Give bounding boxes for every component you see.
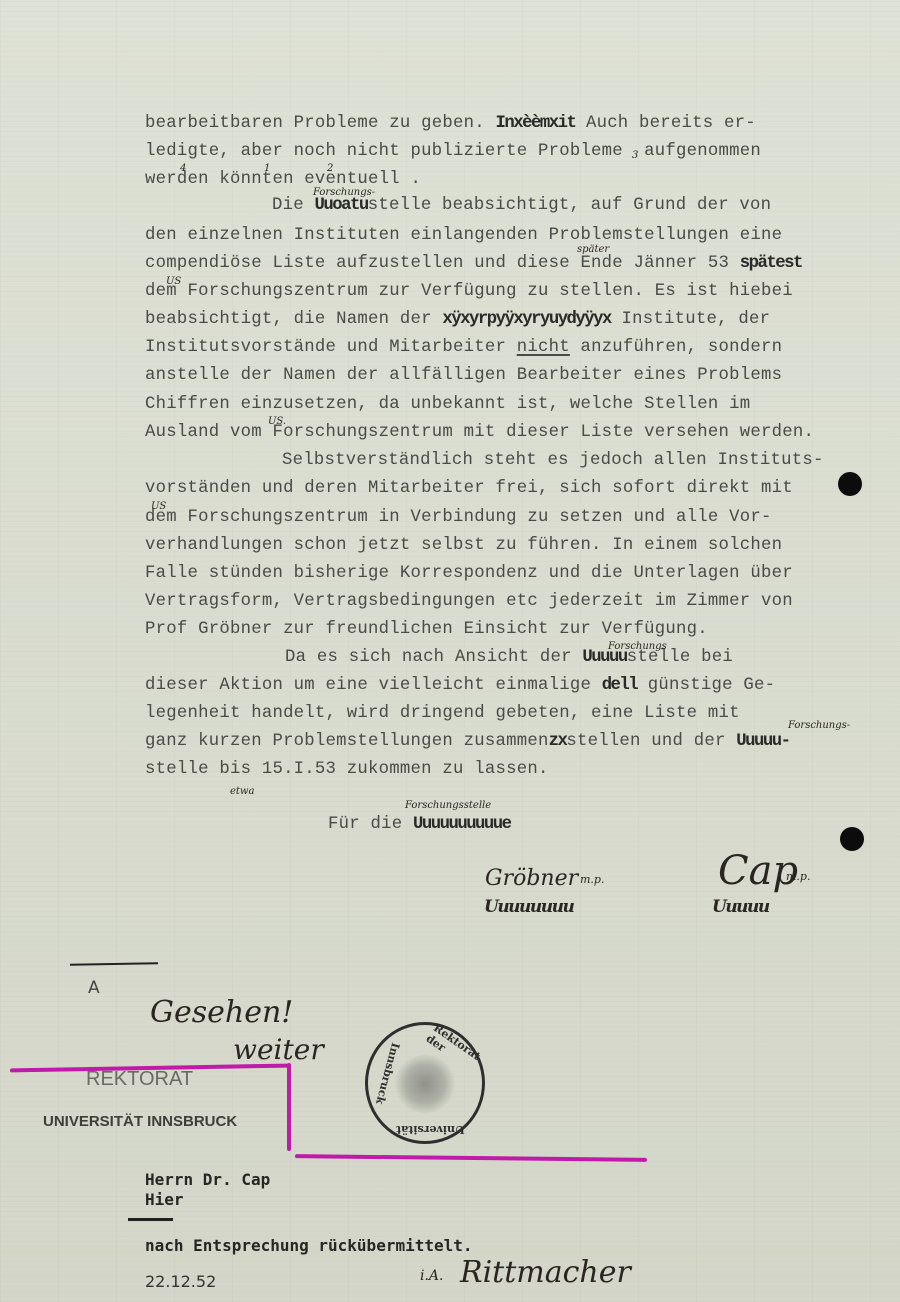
struck-word: dell: [602, 676, 637, 695]
seal-text-bottom: Universität: [396, 1123, 465, 1136]
punch-hole: [838, 472, 862, 496]
struck-word: zx: [549, 732, 567, 751]
handwritten-note: weiter: [233, 1033, 324, 1066]
body-line-12: Ausland vom Forschungszentrum mit dieser…: [145, 423, 814, 443]
forward-date: 22.12.52: [145, 1272, 216, 1291]
university-seal: Rektorat der Innsbruck Universität: [365, 1022, 485, 1144]
recipient: Herrn Dr. Cap: [145, 1170, 270, 1189]
annotation-us: US.: [268, 416, 286, 427]
struck-word: Inxèèmxit: [495, 114, 575, 133]
magenta-marker-line: [287, 1063, 291, 1151]
body-line-11: Chiffren einzusetzen, da unbekannt ist, …: [145, 395, 750, 415]
body-line-4: Die Uuoatustelle beabsichtigt, auf Grund…: [272, 196, 771, 216]
body-line-24: stelle bis 15.I.53 zukommen zu lassen.: [145, 760, 549, 780]
document-page: bearbeitbaren Probleme zu geben. Inxèèmx…: [0, 0, 900, 1302]
struck-word: Uuoatu: [314, 196, 367, 215]
body-line-14: vorständen und deren Mitarbeiter frei, s…: [145, 479, 793, 499]
body-line-21: dieser Aktion um eine vielleicht einmali…: [145, 676, 775, 696]
stamp-university: UNIVERSITÄT INNSBRUCK: [43, 1113, 237, 1130]
signature-mp: m.p.: [580, 873, 604, 886]
signature-mp: m.p.: [786, 870, 810, 883]
struck-word: Uuuuu-: [736, 732, 789, 751]
closing-line: Für die Uuuuuuuuuue: [328, 815, 511, 835]
body-line-15: dem Forschungszentrum in Verbindung zu s…: [145, 508, 772, 528]
body-line-8: beabsichtigt, die Namen der xÿxyrpyÿxyry…: [145, 310, 770, 330]
punch-hole: [840, 827, 864, 851]
annotation-number: 4: [180, 163, 186, 174]
body-line-5: den einzelnen Instituten einlangenden Pr…: [145, 226, 782, 246]
handwritten-note: Gesehen!: [150, 995, 293, 1030]
annotation-us: US: [166, 276, 181, 287]
body-line-6: compendiöse Liste aufzustellen und diese…: [145, 254, 802, 274]
body-line-1: bearbeitbaren Probleme zu geben. Inxèèmx…: [145, 114, 756, 134]
annotation-forschungsstelle: Forschungsstelle: [405, 800, 491, 811]
annotation-etwa: etwa: [230, 786, 254, 797]
struck-typed-name: Uuuuu: [712, 897, 769, 917]
body-line-3: werden könnten eventuell .: [145, 170, 421, 190]
body-line-23: ganz kurzen Problemstellungen zusammenzx…: [145, 732, 790, 752]
body-line-13: Selbstverständlich steht es jedoch allen…: [282, 451, 824, 471]
stamp-rektorat: REKTORAT: [86, 1068, 193, 1091]
signature-groebner: Gröbner: [485, 866, 578, 891]
marker-a: A: [88, 978, 100, 998]
annotation-forschungs: Forschungs-: [788, 720, 850, 731]
underlined-word: nicht: [517, 338, 570, 357]
struck-word: Uuuuuuuuuue: [413, 815, 511, 834]
divider: [128, 1218, 173, 1221]
body-line-16: verhandlungen schon jetzt selbst zu führ…: [145, 536, 782, 556]
annotation-number: 3: [632, 150, 638, 161]
annotation-us: US: [151, 501, 166, 512]
pencil-line: [70, 962, 158, 965]
signature-prefix: i.A.: [420, 1268, 444, 1284]
annotation-number: 1: [264, 163, 270, 174]
magenta-marker-line: [295, 1154, 647, 1162]
struck-typed-name: Uuuuuuuu: [484, 897, 573, 917]
recipient-location: Hier: [145, 1190, 184, 1209]
forward-note: nach Entsprechung rückübermittelt.: [145, 1236, 473, 1255]
body-line-2: ledigte, aber noch nicht publizierte Pro…: [145, 142, 761, 162]
body-line-22: legenheit handelt, wird dringend gebeten…: [145, 704, 740, 724]
body-line-17: Falle stünden bisherige Korrespondenz un…: [145, 564, 793, 584]
body-line-7: dem Forschungszentrum zur Verfügung zu s…: [145, 282, 793, 302]
body-line-18: Vertragsform, Vertragsbedingungen etc je…: [145, 592, 793, 612]
seal-emblem: [394, 1055, 456, 1113]
struck-word: spätest: [740, 254, 802, 273]
annotation-forschungs: Forschungs-: [313, 187, 375, 198]
annotation-spaeter: später: [577, 244, 609, 255]
body-line-10: anstelle der Namen der allfälligen Bearb…: [145, 366, 782, 386]
annotation-number: 2: [327, 163, 333, 174]
body-line-19: Prof Gröbner zur freundlichen Einsicht z…: [145, 620, 708, 640]
body-line-9: Institutsvorstände und Mitarbeiter nicht…: [145, 338, 782, 358]
struck-word: xÿxyrpyÿxyryuydyÿyx: [442, 310, 611, 329]
annotation-forschungs: Forschungs: [608, 641, 667, 652]
signature-rector: Rittmacher: [460, 1255, 631, 1290]
